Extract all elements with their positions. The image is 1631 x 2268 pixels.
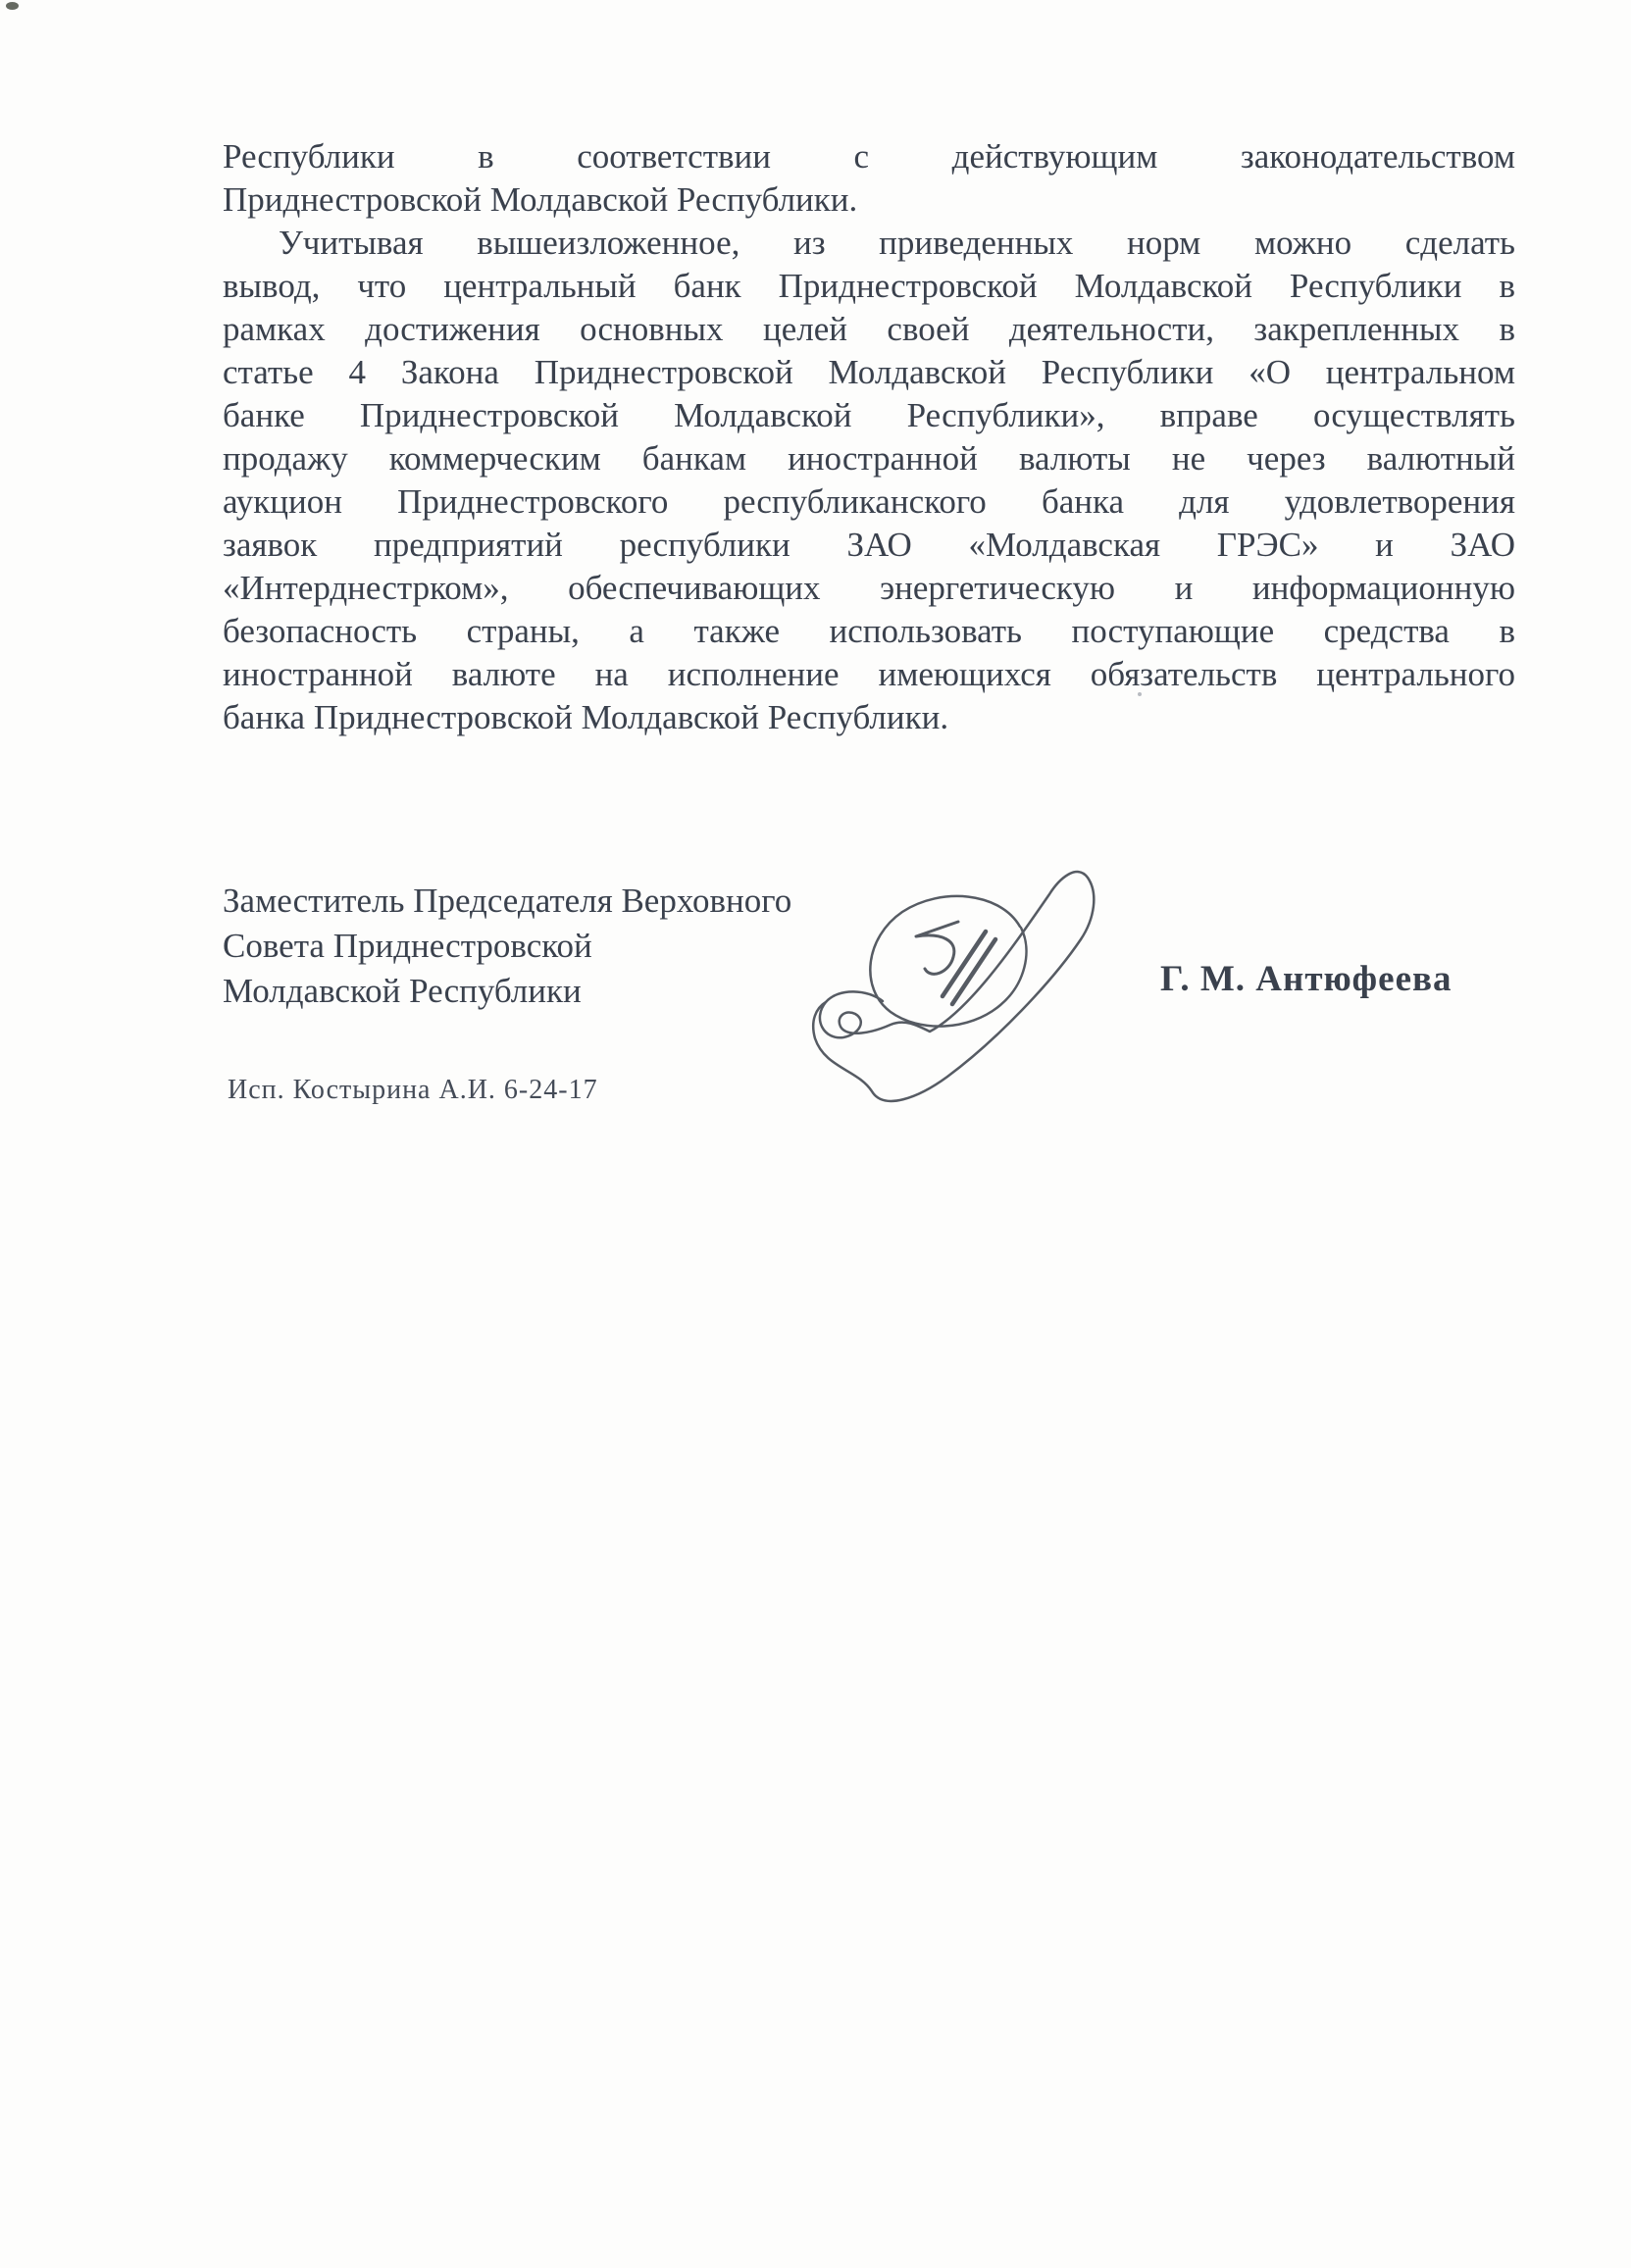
body-line: вывод, что центральный банк Приднестровс… — [223, 265, 1515, 308]
body-line: иностранной валюте на исполнение имеющих… — [223, 653, 1515, 696]
signatory-title: Заместитель Председателя Верховного Сове… — [223, 879, 791, 1014]
executor-note: Исп. Костырина А.И. 6-24-17 — [228, 1075, 598, 1106]
body-line: продажу коммерческим банкам иностранной … — [223, 437, 1515, 480]
body-line: статье 4 Закона Приднестровской Молдавск… — [223, 351, 1515, 394]
body-line: «Интерднестрком», обеспечивающих энергет… — [223, 567, 1515, 610]
signatory-title-line: Молдавской Республики — [223, 969, 791, 1014]
body-line: рамках достижения основных целей своей д… — [223, 308, 1515, 351]
document-page: Республики в соответствии с действующим … — [0, 0, 1631, 2268]
signatory-title-line: Заместитель Председателя Верховного — [223, 879, 791, 924]
signatory-title-line: Совета Приднестровской — [223, 924, 791, 969]
body-line: заявок предприятий республики ЗАО «Молда… — [223, 524, 1515, 567]
scan-artifact-speck — [6, 2, 19, 10]
letter-body: Республики в соответствии с действующим … — [223, 135, 1515, 739]
signatory-name: Г. М. Антюфеева — [1160, 958, 1453, 1000]
body-line: банке Приднестровской Молдавской Республ… — [223, 394, 1515, 437]
body-line: Республики в соответствии с действующим … — [223, 135, 1515, 178]
body-line: Учитывая вышеизложенное, из приведенных … — [223, 222, 1515, 265]
scan-artifact-speck — [1138, 692, 1142, 696]
handwritten-signature-icon — [785, 845, 1108, 1169]
body-line: банка Приднестровской Молдавской Республ… — [223, 696, 1515, 739]
body-line: аукцион Приднестровского республиканског… — [223, 480, 1515, 524]
body-line: Приднестровской Молдавской Республики. — [223, 178, 1515, 222]
body-line: безопасность страны, а также использоват… — [223, 610, 1515, 653]
